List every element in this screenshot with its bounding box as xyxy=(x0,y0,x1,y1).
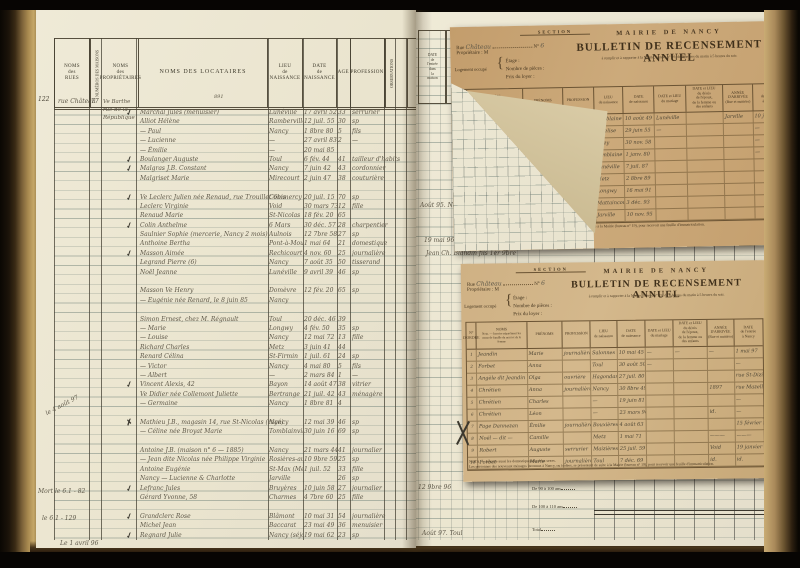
header-age: AGE xyxy=(337,39,351,107)
birthplace: Lunéville xyxy=(269,108,303,117)
arrival xyxy=(725,159,755,171)
birthplace: Metz xyxy=(269,343,303,352)
marriage xyxy=(646,383,674,394)
profession-value: sp xyxy=(352,117,404,126)
header-profession: PROFESSION xyxy=(351,39,385,107)
birthdate: 19 mai 62 xyxy=(304,531,338,540)
tick-mark: ✓ xyxy=(125,248,134,259)
birthplace: Baccarat xyxy=(269,521,303,530)
birthplace: Toul xyxy=(591,360,618,371)
tick-mark: ✓ xyxy=(125,164,134,175)
birthdate: 12 7bre 58 xyxy=(304,230,338,239)
profession-value: fille xyxy=(352,465,404,474)
birthplace: Salonnes xyxy=(591,348,618,359)
death xyxy=(675,419,709,430)
birthdate: 19 juin 81 xyxy=(618,396,646,407)
profession-value: sp xyxy=(352,531,404,540)
tenant-name: Alliot Hélène xyxy=(140,117,268,126)
age-value: 46 xyxy=(338,268,351,277)
age-value: 50 xyxy=(338,258,351,267)
tenant-name: — Lucienne xyxy=(140,136,268,145)
birthdate: 25 juil. 59 xyxy=(619,444,647,455)
birthplace: Pont-à-Mousson xyxy=(269,239,303,248)
header-lieu: LIEU de NAISSANCE xyxy=(268,39,303,107)
age-value: 41 xyxy=(338,155,351,164)
bulletin-column-header: ANNÉE D'ARRIVÉE (Rue et numéro) xyxy=(708,320,735,346)
tick-mark: ✓ xyxy=(125,380,134,391)
age-value: 46 xyxy=(338,418,351,427)
street-name: rue Château xyxy=(58,98,96,105)
surname: Jeandin xyxy=(477,349,527,361)
birthdate: 9 avril 39 xyxy=(304,268,338,277)
order-number: 4 xyxy=(467,386,477,397)
register-row xyxy=(54,305,417,314)
tenant-name: — Émilie xyxy=(140,146,268,155)
arrival xyxy=(724,135,754,147)
photo-border-bottom xyxy=(0,552,800,568)
birthplace: Metz xyxy=(592,432,619,443)
bulletin-column-header: PRÉNOMS xyxy=(527,322,563,348)
tick-mark: ✗ xyxy=(125,417,134,428)
death xyxy=(675,431,709,442)
profession-value: fille xyxy=(352,202,404,211)
tenant-name: Lefranc Jules xyxy=(140,484,268,493)
ledger-photo: NOMS des RUES NUMÉROS DES MAISONS NOMS d… xyxy=(0,0,800,568)
birthplace: Charmes xyxy=(269,493,303,502)
column-title: DATE et LIEU du mariage xyxy=(658,94,681,104)
age-value: 5 xyxy=(338,127,351,136)
birthplace: — xyxy=(269,146,303,155)
birthdate: 27 avril 83 xyxy=(304,136,338,145)
surname: Chrétien xyxy=(478,397,528,409)
age-value: 41 xyxy=(338,446,351,455)
age-value: 43 xyxy=(338,164,351,173)
marriage xyxy=(646,407,674,418)
birthdate: 1 8bre 81 xyxy=(304,399,338,408)
age-value: 44 xyxy=(338,343,351,352)
age-value: 38 xyxy=(338,380,351,389)
profession-value xyxy=(563,396,591,407)
death xyxy=(674,383,708,394)
birthdate: 10 août 49 xyxy=(624,113,655,125)
entry-nancy: — xyxy=(735,406,763,417)
tenant-name: Simon Ernest, chez M. Régnault xyxy=(140,315,268,324)
tenant-name: — Germaine xyxy=(140,399,268,408)
birthdate: 4 mai 80 xyxy=(304,362,338,371)
no-value: 6 xyxy=(540,42,544,49)
birthdate: 7 juil. 87 xyxy=(625,161,656,173)
tenant-name: Vincent Alexis, 42 xyxy=(140,380,268,389)
firstname: Léon xyxy=(528,409,564,420)
register-row xyxy=(54,502,417,511)
logement-label: Logement occupé xyxy=(455,66,497,72)
tenant-name: Ve Leclerc Julien née Renaud, rue Trouil… xyxy=(140,193,268,202)
marriage xyxy=(655,137,686,149)
register-row: Gérard Yvonne, 58 Charmes 4 7bre 60 25 f… xyxy=(54,493,417,502)
proprietaire-line: Propriétaire : M xyxy=(467,287,499,292)
order-number: 3 xyxy=(467,374,477,385)
age-value: 35 xyxy=(338,324,351,333)
birthplace: Nancy xyxy=(269,164,303,173)
birthplace: Bruyères xyxy=(269,484,303,493)
birthdate: 10 9bre 59 xyxy=(304,455,338,464)
register-row: ✓ Boulanger Auguste Toul 6 fév. 44 41 ta… xyxy=(54,155,417,164)
birthdate: 14 août 47 xyxy=(304,380,338,389)
age-value: 54 xyxy=(338,512,351,521)
age-value: 27 xyxy=(338,484,351,493)
bulletin-column-header: LIEU de naissance xyxy=(594,87,624,114)
birthplace: Hagondange xyxy=(591,372,618,383)
birthdate: 1 8bre 80 xyxy=(304,127,338,136)
bulletin-column-header: DATE et LIEU du décès de l'époux, de la … xyxy=(686,85,724,112)
proprietaire-line: Propriétaire : M xyxy=(456,51,488,57)
age-value: 2 xyxy=(338,136,351,145)
marriage xyxy=(656,185,687,197)
age-value: 4 xyxy=(338,399,351,408)
register-row: Michel Jean Baccarat 23 mai 49 36 menuis… xyxy=(54,521,417,530)
tenant-name: — Albert xyxy=(140,371,268,380)
profession-value: fille xyxy=(352,333,404,342)
birthdate: 20 juil. 15 xyxy=(304,193,338,202)
birthplace: Nancy xyxy=(269,399,303,408)
tenant-name: — Marie xyxy=(140,324,268,333)
birthplace: Toul xyxy=(269,155,303,164)
order-number: 2 xyxy=(467,362,477,373)
no-label: N° xyxy=(533,45,539,50)
tenant-name: Legrand Pierre (6) xyxy=(140,258,268,267)
entry-nancy: 1 mai 97 xyxy=(735,346,763,357)
bulletin-nota: NOTA. — Inscrire aussi les domestiques d… xyxy=(469,456,763,470)
bulletin-column-header: DATE et LIEU du mariage xyxy=(645,320,673,346)
birthdate: 16 mai 91 xyxy=(625,185,656,197)
birthdate: 10 juin 58 xyxy=(304,484,338,493)
age-value: 27 xyxy=(338,230,351,239)
bulletin-column-header: DATE et LIEU du mariage xyxy=(654,86,686,113)
birthdate: 4 août 63 xyxy=(619,420,647,431)
tick-mark: ✓ xyxy=(125,511,134,522)
entry-nancy: rue St-Dizier 39 xyxy=(735,370,763,381)
profession-value: sp xyxy=(352,418,404,427)
register-row: Ve Didier née Collemont Juliette Bertran… xyxy=(54,390,417,399)
birthplace: Bayon xyxy=(269,380,303,389)
death xyxy=(688,208,726,220)
entry-nancy: 15 février 97 xyxy=(735,418,763,429)
bulletin-table-header: N° D'ORDRE NOMS Nota. — Inscrire séparém… xyxy=(466,319,762,350)
age-value: 38 xyxy=(338,174,351,183)
birthdate: 23 mars 90 xyxy=(618,408,646,419)
firstname: Olga xyxy=(528,373,564,384)
profession-value: sp xyxy=(352,324,404,333)
marriage xyxy=(647,431,675,442)
totals-rule xyxy=(594,510,766,515)
profession-value: journalier xyxy=(352,446,404,455)
register-row: — Émilie — 20 mai 85 xyxy=(54,146,417,155)
profession-value: sp xyxy=(352,455,404,464)
register-row: — Victor Nancy 4 mai 80 5 fils xyxy=(54,362,417,371)
page-edges-right xyxy=(764,0,800,568)
profession-value: serrurier xyxy=(564,444,592,455)
arrival xyxy=(725,195,755,207)
age-value: 1 xyxy=(338,371,351,380)
profession-value: fils xyxy=(352,362,404,371)
profession-value: charpentier xyxy=(352,221,404,230)
register-row: ✓ Colin Anthelme 6 Mars 30 déc. 57 28 ch… xyxy=(54,221,417,230)
birthplace: Maizières (Meuse) xyxy=(592,444,619,455)
header-proprietaires: NOMS des PROPRIÉTAIRES xyxy=(103,39,139,107)
age-value: 36 xyxy=(338,521,351,530)
bulletin-column-header: NOMS Nota. — Inscrire séparément les nom… xyxy=(477,322,528,349)
register-row: Noël Jeanne Lunéville 9 avril 39 46 sp xyxy=(54,268,417,277)
tenant-name: Anthoine Bertha xyxy=(140,239,268,248)
rue-blank xyxy=(503,279,533,285)
profession-value: fils xyxy=(352,127,404,136)
marriage: — xyxy=(646,359,674,370)
column-title: ANNÉE D'ARRIVÉE (Rue et numéro) xyxy=(725,90,750,104)
age-value: 70 xyxy=(338,193,351,202)
column-title: DATE de naissance xyxy=(621,329,640,338)
birthplace: St-Firmin xyxy=(269,352,303,361)
birthplace: St-Nicolas xyxy=(269,211,303,220)
bulletin-table-rows: 1 Jeandin Marie journalière Salonnes 10 … xyxy=(467,346,764,470)
register-row: Malgriset Marie Mirecourt 2 juin 47 38 c… xyxy=(54,174,417,183)
birthdate: 12 fév. 20 xyxy=(304,286,338,295)
birthplace: St-Max (Meurthe) xyxy=(269,465,303,474)
profession-value xyxy=(564,432,592,443)
rue-blank xyxy=(492,42,532,49)
age-value: 21 xyxy=(338,239,351,248)
book-spine-left xyxy=(0,0,40,568)
birthplace: Longwy xyxy=(596,186,626,198)
header-rues: NOMS des RUES xyxy=(55,39,90,107)
column-note: Nota. — Inscrire séparément les noms de … xyxy=(482,333,521,344)
birthplace: 6 Mars xyxy=(269,221,303,230)
profession-value: journalière xyxy=(352,249,404,258)
register-row: ✓ Ve Leclerc Julien née Renaud, rue Trou… xyxy=(54,193,417,202)
marriage: — xyxy=(655,125,686,137)
profession-value: sp xyxy=(352,193,404,202)
death xyxy=(687,148,725,160)
birthplace: — xyxy=(269,136,303,145)
profession-value: vitrier xyxy=(352,380,404,389)
tenant-name: Gérard Yvonne, 58 xyxy=(140,493,268,502)
register-row: Renard Célina St-Firmin 1 juil. 61 24 sp xyxy=(54,352,417,361)
profession-value: journalière xyxy=(563,348,591,359)
entry-nancy: ——— xyxy=(736,430,764,441)
arrival: id. xyxy=(709,407,736,418)
birthdate: 18 fév. 20 xyxy=(304,211,338,220)
register-row: — Germaine Nancy 1 8bre 81 4 xyxy=(54,399,417,408)
tenant-name: Boulanger Auguste xyxy=(140,155,268,164)
death xyxy=(687,136,725,148)
birthplace: Lunéville xyxy=(269,268,303,277)
bulletin-title: BULLETIN DE RECENSEMENT ANNUEL xyxy=(555,38,783,66)
house-number: 77 xyxy=(91,98,99,105)
tick-mark: ✓ xyxy=(125,220,134,231)
surname: Forbet xyxy=(477,361,527,373)
death xyxy=(675,443,709,454)
profession-value: sp xyxy=(352,268,404,277)
arrival xyxy=(709,419,736,430)
birthplace: Nancy xyxy=(269,446,303,455)
death xyxy=(687,160,725,172)
age-value: 28 xyxy=(338,221,351,230)
surname: Page Dannezan xyxy=(478,421,528,433)
photo-border-top xyxy=(0,0,800,10)
birthdate: 30 juin 16 xyxy=(304,427,338,436)
death xyxy=(675,407,709,418)
bulletin-column-header: DATE de naissance xyxy=(623,86,655,113)
register-row: Simon Ernest, chez M. Régnault Toul 20 d… xyxy=(54,315,417,324)
arrival xyxy=(708,395,735,406)
profession-value: journalier xyxy=(352,484,404,493)
tenant-name: Colin Anthelme xyxy=(140,221,268,230)
tenant-name: Renaud Marie xyxy=(140,211,268,220)
death xyxy=(686,124,724,136)
tenant-name: Grandclerc Rose xyxy=(140,512,268,521)
tenant-name: — Victor xyxy=(140,362,268,371)
entry-nancy: rue Mazelle 99 xyxy=(735,382,763,393)
bulletin-column-header: N° D'ORDRE xyxy=(466,323,477,349)
tenant-name: Antoine Eugénie xyxy=(140,465,268,474)
etage-line: Étage : xyxy=(513,296,527,301)
tenant-name: — Jean dite Nicolas née Philippe Virgini… xyxy=(140,455,268,464)
firstname: Auguste xyxy=(529,445,565,456)
age-value: 23 xyxy=(338,531,351,540)
age-bracket-label: De 100 à 110 ans xyxy=(532,503,594,509)
age-value: 30 xyxy=(338,117,351,126)
birthplace: Toul xyxy=(269,315,303,324)
age-value: 39 xyxy=(338,315,351,324)
book-gutter xyxy=(402,8,432,556)
birthdate: 2 8bre 89 xyxy=(625,173,656,185)
register-row: — Eugénie née Renard, le 8 juin 85 Nancy xyxy=(54,296,417,305)
profession-value: — xyxy=(352,136,404,145)
column-title: PRÉNOMS xyxy=(535,332,553,337)
entry-nancy: — xyxy=(735,358,763,369)
birthplace: Mattaincourt xyxy=(596,198,626,210)
birthdate: 1 juil. 52 xyxy=(304,465,338,474)
age-value: 13 xyxy=(338,333,351,342)
birthdate: 30 8bre 49 xyxy=(618,384,646,395)
bulletin-column-header: DATE de naissance xyxy=(617,321,645,347)
marriage: — xyxy=(646,347,674,358)
birthdate: 3 juin 41 xyxy=(304,343,338,352)
birthplace: Tomblainville xyxy=(269,427,303,436)
birthdate: 20 déc. 46 xyxy=(304,315,338,324)
register-row: Richard Charles Metz 3 juin 41 44 xyxy=(54,343,417,352)
surname: Chrétien xyxy=(478,409,528,421)
register-row xyxy=(54,409,417,418)
birthdate: 12 mai 39 xyxy=(304,418,338,427)
mairie-heading: MAIRIE DE NANCY xyxy=(560,27,778,38)
profession-value: tailleur d'habits xyxy=(352,155,404,164)
birthplace: Blâmont xyxy=(269,512,303,521)
profession-value: sp xyxy=(352,474,404,483)
profession-value: sp xyxy=(352,230,404,239)
firstname: Charles xyxy=(528,397,564,408)
birthplace: Longwy xyxy=(269,324,303,333)
birthplace: Nancy xyxy=(269,362,303,371)
birthdate: 30 août 50 xyxy=(618,360,646,371)
death: — xyxy=(674,347,708,358)
column-title: PROFESSION xyxy=(565,332,588,337)
register-row: — Albert — 2 mars 84 1 — xyxy=(54,371,417,380)
birthdate: 7 août 35 xyxy=(304,258,338,267)
marriage xyxy=(647,419,675,430)
column-title: PROFESSION xyxy=(567,98,590,103)
profession-value: — xyxy=(352,371,404,380)
tenant-name: — Céline née Broyat Marie xyxy=(140,427,268,436)
order-number: 1 xyxy=(467,350,477,361)
header-date: DATE de NAISSANCE xyxy=(303,39,337,107)
age-value: 43 xyxy=(338,390,351,399)
birthdate: 29 juin 55 xyxy=(624,125,655,137)
birthplace: Jarville xyxy=(269,474,303,483)
register-row: Nancy — Lucienne & Charlotte Jarville 26… xyxy=(54,474,417,483)
birthdate: 10 nov. 95 xyxy=(626,209,657,221)
tenant-name: Malgriset Marie xyxy=(140,174,268,183)
surname: Noël — dit — xyxy=(478,433,528,445)
order-number: 9 xyxy=(468,446,478,457)
tick-mark: ✓ xyxy=(125,192,134,203)
register-row: ✓ Regnard Julie Nancy (séjourné) 19 mai … xyxy=(54,531,417,540)
rue-line: Rue Château N° 6 xyxy=(456,41,544,51)
death xyxy=(674,359,708,370)
no-value: 6 xyxy=(541,280,545,287)
tenant-name: Masson Aimée xyxy=(140,249,268,258)
birthplace: Nancy (séjourné) xyxy=(269,531,303,540)
arrival xyxy=(725,171,755,183)
age-bracket-label: De 90 à 100 ans xyxy=(532,485,594,491)
mairie-heading: MAIRIE DE NANCY xyxy=(556,266,757,275)
birthdate: 1 janv. 80 xyxy=(625,149,656,161)
column-title: DATE et LIEU du décès de l'époux, de la … xyxy=(678,321,702,344)
birthdate: 4 7bre 60 xyxy=(304,493,338,502)
bulletin-column-header: ANNÉE D'ARRIVÉE (Rue et numéro) xyxy=(723,84,753,111)
bulletin-bottom: SECTION Rue Château N° 6 Propriétaire : … xyxy=(461,260,770,482)
birthdate: 2 juin 47 xyxy=(304,174,338,183)
register-row: Saulnier Sophie (mercerie, Nancy 2 mois)… xyxy=(54,230,417,239)
header-locataires: NOMS DES LOCATAIRES xyxy=(139,39,268,107)
pieces-line: Nombre de pièces : xyxy=(513,304,552,309)
entry-note-c: Jean Ch. Blandin fils 1er 9bre xyxy=(426,250,516,257)
birthplace: Nancy xyxy=(591,384,618,395)
tenant-name: Ve Didier née Collemont Juliette xyxy=(140,390,268,399)
birthdate: 30 nov. 58 xyxy=(624,137,655,149)
birthplace: Nancy xyxy=(269,418,303,427)
age-value: 65 xyxy=(338,211,351,220)
rue-line: Rue Château N° 6 xyxy=(467,279,545,288)
birthdate: 10 mai 31 xyxy=(304,512,338,521)
birthdate: 30 déc. 57 xyxy=(304,221,338,230)
birthplace: Bertrange xyxy=(269,390,303,399)
age-value: 26 xyxy=(338,474,351,483)
column-title: DATE et LIEU du mariage xyxy=(648,328,671,337)
arrival xyxy=(725,183,755,195)
no-label: N° xyxy=(534,282,540,287)
birthdate: 12 mai 72 xyxy=(304,333,338,342)
birthdate: 1 juil. 61 xyxy=(304,352,338,361)
death xyxy=(688,196,726,208)
bulletin-column-header: DATE et LIEU du décès de l'époux, de la … xyxy=(674,320,708,346)
birthplace: Bouxières-a.-D. xyxy=(592,420,619,431)
loyer-line: Prix du loyer : xyxy=(506,75,535,81)
profession-value xyxy=(563,360,591,371)
marriage xyxy=(657,209,688,221)
column-title: DATE et LIEU du décès de l'époux, de la … xyxy=(692,86,716,109)
marriage xyxy=(647,443,675,454)
register-row: — Céline née Broyat Marie Tomblainville … xyxy=(54,427,417,436)
